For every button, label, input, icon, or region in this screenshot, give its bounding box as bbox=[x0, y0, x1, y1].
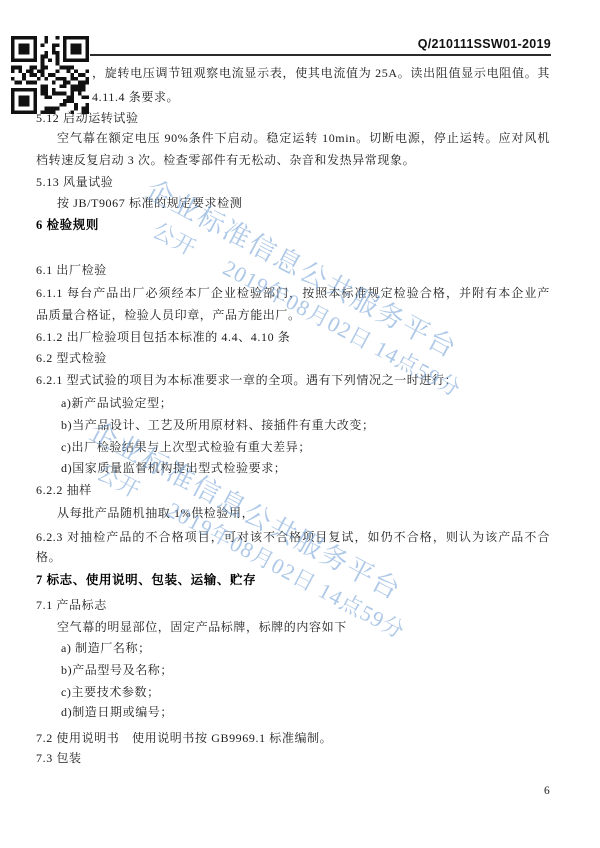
doc-number: Q/210111SSW01-2019 bbox=[418, 37, 551, 51]
text-line: 按 JB/T9067 标准的规定要求检测 bbox=[57, 195, 242, 212]
document-page: Q/210111SSW01-2019 ，旋转电压调节钮观察电流显示表，使其电流值… bbox=[0, 0, 600, 848]
text-line: 格。 bbox=[36, 549, 61, 566]
text-line: 档转速反复启动 3 次。检查零部件有无松动、杂音和发热异常现象。 bbox=[36, 152, 415, 169]
watermark-row2: 公开2019年08月02日 14点59分 bbox=[92, 460, 408, 643]
text-line: 6.1.2 出厂检验项目包括本标准的 4.4、4.10 条 bbox=[36, 329, 290, 346]
text-line: 5.12 启动运转试验 bbox=[36, 110, 139, 127]
text-line: 4.11.4 条要求。 bbox=[92, 89, 179, 106]
text-line: ，旋转电压调节钮观察电流显示表，使其电流值为 25A。读出阻值显示电阻值。其值 bbox=[92, 65, 550, 82]
qr-code-icon bbox=[10, 33, 90, 117]
text-line: 7 标志、使用说明、包装、运输、贮存 bbox=[36, 572, 256, 589]
qr-pattern bbox=[11, 34, 89, 116]
text-line: b)产品型号及名称； bbox=[61, 662, 173, 679]
text-line: 空气幕的明显部位，固定产品标牌，标牌的内容如下 bbox=[57, 619, 347, 636]
text-line: 空气幕在额定电压 90%条件下启动。稳定运转 10min。切断电源，停止运转。应… bbox=[57, 130, 550, 147]
text-line: 6.2 型式检验 bbox=[36, 350, 107, 367]
watermark-public-label: 公开 bbox=[148, 218, 200, 262]
text-line: 6.1 出厂检验 bbox=[36, 262, 107, 279]
text-line: 6.1.1 每台产品出厂必须经本厂企业检验部门，按照本标准规定检验合格，并附有本… bbox=[36, 285, 550, 302]
text-line: c)出厂检验结果与上次型式检验有重大差异； bbox=[61, 439, 311, 456]
text-line: 7.2 使用说明书 使用说明书按 GB9969.1 标准编制。 bbox=[36, 730, 332, 747]
text-line: 6 检验规则 bbox=[36, 217, 99, 234]
text-line: d)国家质量监督机构提出型式检验要求； bbox=[61, 460, 286, 477]
text-line: 5.13 风量试验 bbox=[36, 174, 113, 191]
text-line: 从每批产品随机抽取 1%供检验用， bbox=[57, 505, 254, 522]
page-number: 6 bbox=[544, 785, 550, 797]
text-line: d)制造日期或编号； bbox=[61, 704, 173, 721]
text-line: 7.1 产品标志 bbox=[36, 597, 107, 614]
text-line: 7.3 包装 bbox=[36, 750, 82, 767]
text-line: a) 制造厂名称； bbox=[61, 640, 151, 657]
text-line: c)主要技术参数； bbox=[61, 684, 160, 701]
text-line: a)新产品试验定型； bbox=[61, 395, 172, 412]
text-line: b)当产品设计、工艺及所用原材料、接插件有重大改变； bbox=[61, 417, 375, 434]
text-line: 6.2.1 型式试验的项目为本标准要求一章的全项。遇有下列情况之一时进行： bbox=[36, 372, 457, 389]
text-line: 品质量合格证，检验人员印章，产品方能出厂。 bbox=[36, 307, 301, 324]
text-line: 6.2.2 抽样 bbox=[36, 482, 92, 499]
text-line: 6.2.3 对抽检产品的不合格项目，可对该不合格项目复试，如仍不合格，则认为该产… bbox=[36, 529, 550, 546]
header-rule bbox=[36, 54, 551, 56]
